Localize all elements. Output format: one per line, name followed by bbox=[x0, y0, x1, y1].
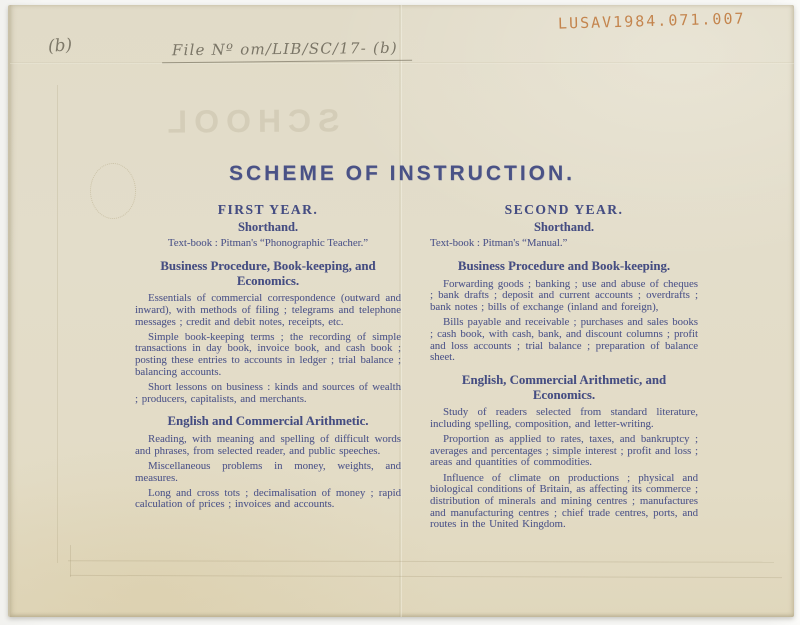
document-page: SCHOOL (b) File Nº om/LIB/SC/17- (b) LUS… bbox=[8, 5, 794, 617]
paragraph: Proportion as applied to rates, taxes, a… bbox=[430, 434, 698, 469]
second-year-textbook: Text-book : Pitman's “Manual.” bbox=[430, 238, 698, 250]
paragraph: Reading, with meaning and spelling of di… bbox=[135, 434, 401, 457]
showthrough-border-line bbox=[68, 560, 774, 562]
second-year-shorthand-heading: Shorthand. bbox=[430, 222, 698, 234]
first-year-section-1-heading: Business Procedure, Book-keeping, and Ec… bbox=[141, 259, 395, 288]
second-year-heading: SECOND YEAR. bbox=[430, 204, 698, 216]
showthrough-border-left bbox=[57, 85, 58, 563]
first-year-shorthand-heading: Shorthand. bbox=[135, 222, 401, 234]
first-year-column: FIRST YEAR. Shorthand. Text-book : Pitma… bbox=[135, 204, 401, 515]
scan-background: SCHOOL (b) File Nº om/LIB/SC/17- (b) LUS… bbox=[0, 0, 800, 625]
paragraph: Simple book-keeping terms ; the recordin… bbox=[135, 332, 401, 379]
paragraph: Bills payable and receivable ; purchases… bbox=[430, 317, 698, 364]
paragraph: Long and cross tots ; decimalisation of … bbox=[135, 488, 401, 511]
second-year-column: SECOND YEAR. Shorthand. Text-book : Pitm… bbox=[430, 204, 698, 535]
first-year-heading: FIRST YEAR. bbox=[135, 204, 401, 216]
showthrough-mirrored-text: SCHOOL bbox=[95, 102, 405, 141]
paragraph: Essentials of commercial correspondence … bbox=[135, 293, 401, 328]
handwritten-page-label: (b) bbox=[47, 35, 72, 57]
first-year-section-2-heading: English and Commercial Arithmetic. bbox=[141, 414, 395, 429]
paragraph: Study of readers selected from standard … bbox=[430, 407, 698, 430]
handwritten-file-number: File Nº om/LIB/SC/17- (b) bbox=[162, 39, 412, 64]
showthrough-border-corner bbox=[70, 545, 71, 577]
paragraph: Miscellaneous problems in money, weights… bbox=[135, 461, 401, 484]
page-title: SCHEME OF INSTRUCTION. bbox=[10, 162, 794, 186]
second-year-section-1-heading: Business Procedure and Book-keeping. bbox=[436, 259, 692, 274]
horizontal-crease bbox=[10, 62, 794, 64]
paragraph: Short lessons on business : kinds and so… bbox=[135, 382, 401, 405]
second-year-section-2-heading: English, Commercial Arithmetic, and Econ… bbox=[436, 373, 692, 402]
paragraph: Influence of climate on productions ; ph… bbox=[430, 473, 698, 532]
paragraph: Forwarding goods ; banking ; use and abu… bbox=[430, 279, 698, 314]
first-year-textbook: Text-book : Pitman's “Phonographic Teach… bbox=[135, 238, 401, 250]
handwritten-accession-number: LUSAV1984.071.007 bbox=[558, 9, 746, 32]
showthrough-border-line bbox=[70, 575, 782, 578]
